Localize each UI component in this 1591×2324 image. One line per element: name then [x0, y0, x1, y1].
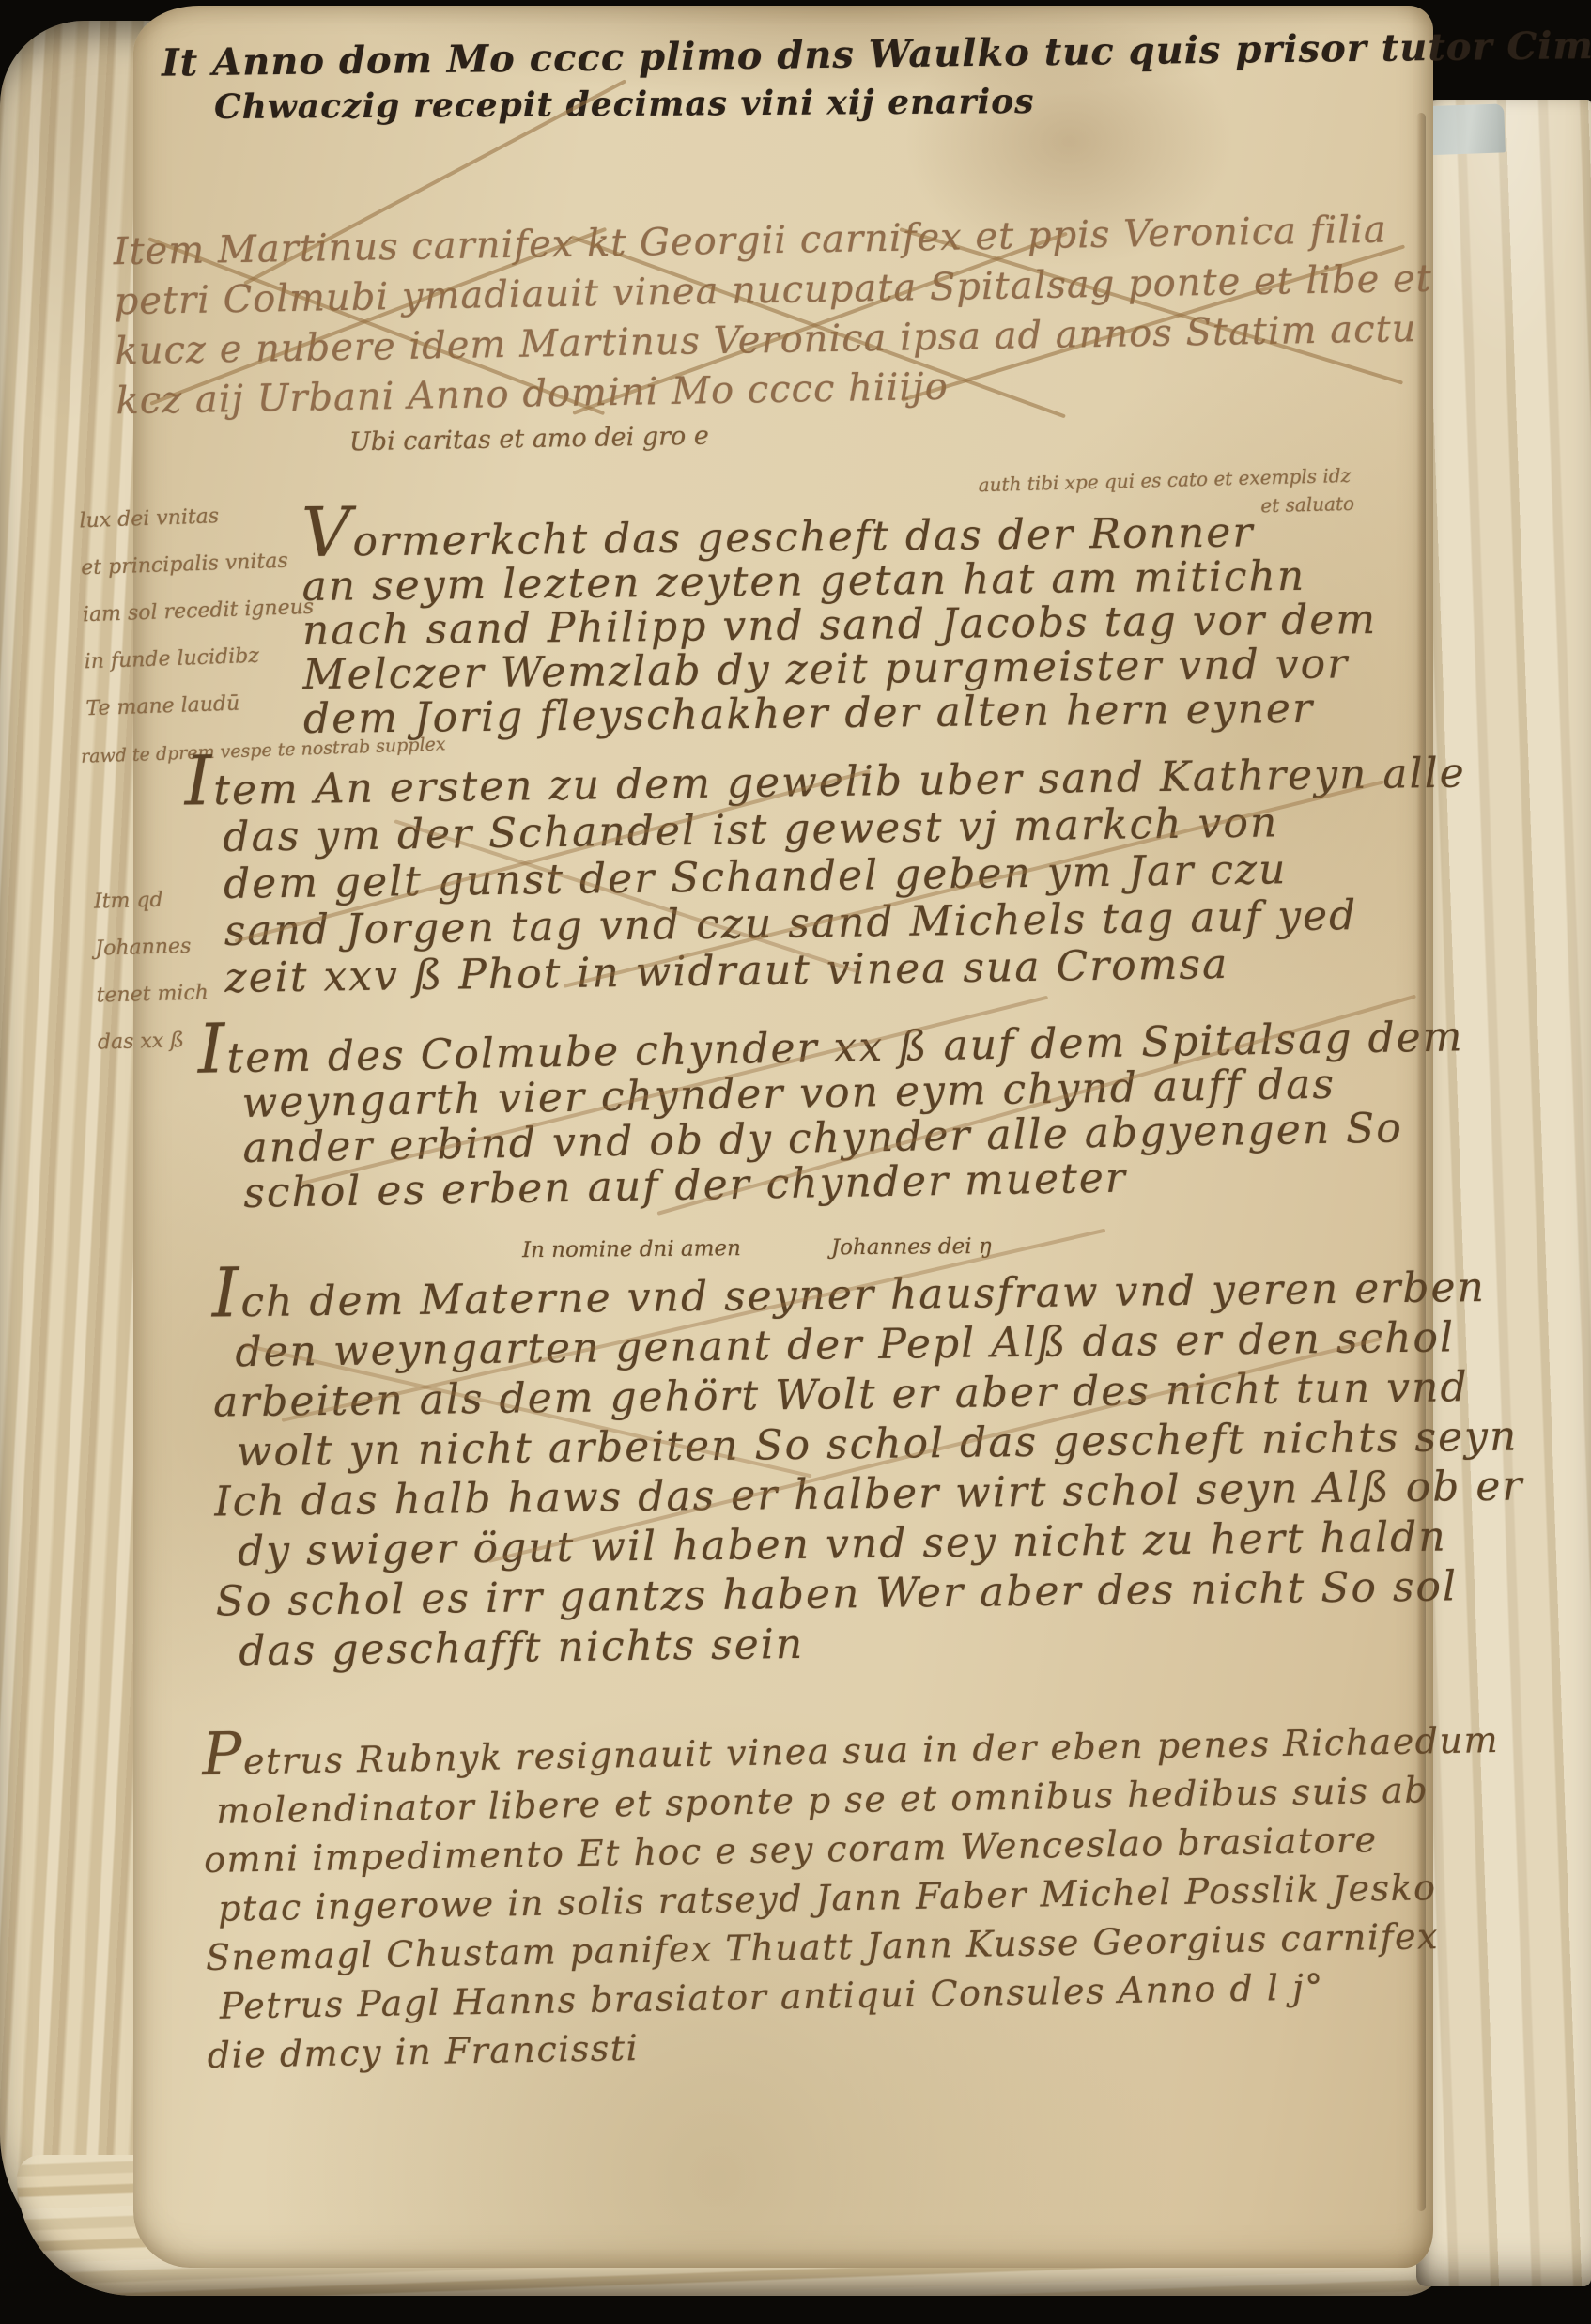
invocation-left: In nomine dni amen: [522, 1236, 741, 1263]
manuscript-photo: It Anno dom Mo cccc plimo dns Waulko tuc…: [0, 0, 1591, 2324]
manuscript-text-line: das xx ß: [97, 1016, 210, 1066]
manuscript-text-line: Te mane laudū: [85, 678, 318, 734]
entry-rubnyk: Petrus Rubnyk resignauit vinea sua in de…: [202, 1715, 1505, 2080]
margin-debt-note: Itm qdJohannestenet michdas xx ß: [93, 875, 209, 1066]
manuscript-text-line: in funde lucidibz: [84, 631, 317, 687]
entry-materne: Ich dem Materne vnd seyner hausfraw vnd …: [211, 1263, 1525, 1677]
manuscript-text-line: et principalis vnitas: [80, 537, 313, 593]
manuscript-text-line: tenet mich: [96, 969, 209, 1019]
entry-vormerkcht: Vormerkcht das gescheft das der Ronneran…: [301, 509, 1378, 741]
manuscript-text-line: dem Jorig fleyschakher der alten hern ey…: [303, 686, 1379, 741]
manuscript-text-line: Johannes: [95, 922, 209, 972]
entry-kathreyn: Item An ersten zu dem gewelib uber sand …: [184, 750, 1469, 1002]
manuscript-text-line: iam sol recedit igneus: [82, 584, 315, 640]
entry-martinus-crossed: Item Martinus carnifex kt Georgii carnif…: [113, 205, 1434, 426]
invocation-line: In nomine dni amen Johannes dei ŋ: [522, 1234, 993, 1263]
entry-colmube: Item des Colmube chynder xx ß auf dem Sp…: [197, 1015, 1466, 1216]
invocation-right: Johannes dei ŋ: [831, 1234, 993, 1260]
margin-hymn-note: lux dei vnitaset principalis vnitasiam s…: [79, 490, 318, 733]
manuscript-text-line: Itm qd: [93, 875, 207, 925]
manuscript-text-line: lux dei vnitas: [79, 490, 312, 546]
heading-line-2: Chwaczig recepit decimas vini xij enario…: [214, 82, 1035, 127]
